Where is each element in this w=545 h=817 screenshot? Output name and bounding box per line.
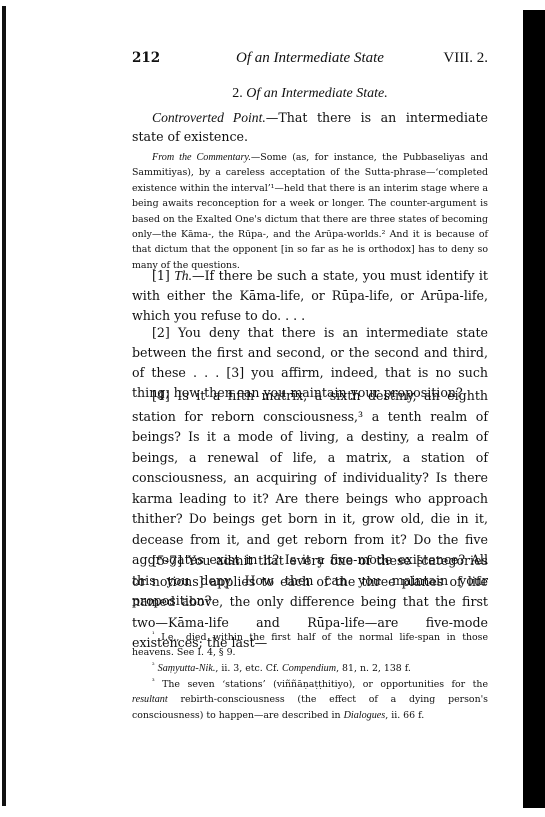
scan-edge-left <box>2 6 6 806</box>
running-title: Of an Intermediate State <box>132 50 488 67</box>
paragraph-number: [4] <box>152 388 170 403</box>
paragraph-number: [1] <box>152 268 170 283</box>
speaker-label: Th. <box>174 268 192 283</box>
paragraph-number: [2] <box>152 325 170 340</box>
footnote-text: , 81, n. 2, 138 f. <box>336 663 411 674</box>
footnote-text: rebirth-consciousness (the effect of a d… <box>132 694 488 720</box>
commentary-text: —Some (as, for instance, the Pubbaseliya… <box>132 152 488 271</box>
footnote-italic: Saṃyutta-Nik. <box>158 663 216 674</box>
section-title: Of an Intermediate State. <box>246 86 388 101</box>
paragraph-1: [1] Th.—If there be such a state, you mu… <box>132 266 488 326</box>
footnote-italic: resultant <box>132 694 168 705</box>
footnote-text: , ii. 66 f. <box>385 710 424 721</box>
footnote-text: The seven ‘stations’ (viññāṇaṭṭhitiyo), … <box>162 679 488 690</box>
footnote-3: ³ The seven ‘stations’ (viññāṇaṭṭhitiyo)… <box>132 677 488 723</box>
commentary: From the Commentary.—Some (as, for insta… <box>132 150 488 273</box>
paragraph-number: [5-7] <box>152 553 182 568</box>
section-heading: 2. Of an Intermediate State. <box>132 86 488 102</box>
footnote-1: ¹ I.e., died within the first half of th… <box>132 630 488 661</box>
footnote-mark: ³ <box>152 677 155 685</box>
footnote-2: ² Saṃyutta-Nik., ii. 3, etc. Cf. Compend… <box>132 661 488 676</box>
footnote-mark: ¹ <box>152 630 155 638</box>
footnote-text: , ii. 3, etc. Cf. <box>215 663 282 674</box>
section-number: 2. <box>232 86 243 101</box>
running-head: 212 Of an Intermediate State VIII. 2. <box>132 50 488 70</box>
scan-edge-right <box>523 10 545 808</box>
footnote-italic: Dialogues <box>344 710 386 721</box>
controverted-point: Controverted Point.—That there is an int… <box>132 108 488 146</box>
footnote-italic: Compendium <box>282 663 336 674</box>
footnote-mark: ² <box>152 661 155 669</box>
controverted-point-label: Controverted Point. <box>152 110 266 125</box>
section-reference: VIII. 2. <box>443 50 488 67</box>
commentary-label: From the Commentary. <box>152 152 251 163</box>
footnote-text: I.e., died within the first half of the … <box>132 632 488 658</box>
